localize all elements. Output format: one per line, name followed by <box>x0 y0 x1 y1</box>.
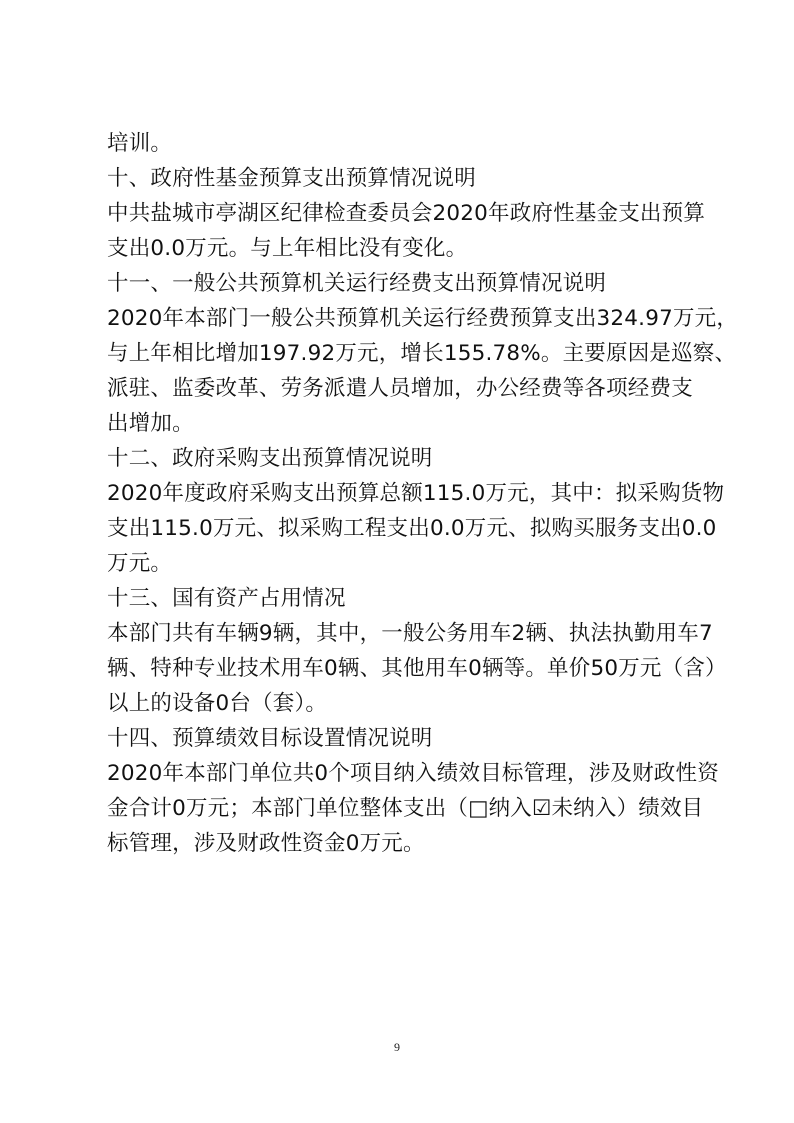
paragraph-line: 金合计0万元；本部门单位整体支出（□纳入☑未纳入）绩效目 <box>107 791 692 826</box>
paragraph-line: 派驻、监委改革、劳务派遣人员增加，办公经费等各项经费支 <box>107 371 692 406</box>
paragraph-line: 2020年本部门单位共0个项目纳入绩效目标管理，涉及财政性资 <box>107 756 692 791</box>
paragraph-line: 万元。 <box>107 546 692 581</box>
paragraph-line: 2020年本部门一般公共预算机关运行经费预算支出324.97万元， <box>107 301 692 336</box>
document-body: 培训。 十、政府性基金预算支出预算情况说明 中共盐城市亭湖区纪律检查委员会202… <box>107 126 692 861</box>
section-heading-11: 十一、一般公共预算机关运行经费支出预算情况说明 <box>107 266 692 301</box>
section-heading-13: 十三、国有资产占用情况 <box>107 581 692 616</box>
paragraph-line: 本部门共有车辆9辆，其中，一般公务用车2辆、执法执勤用车7 <box>107 616 692 651</box>
section-heading-12: 十二、政府采购支出预算情况说明 <box>107 441 692 476</box>
paragraph-line: 培训。 <box>107 126 692 161</box>
paragraph-line: 标管理，涉及财政性资金0万元。 <box>107 826 692 861</box>
section-heading-10: 十、政府性基金预算支出预算情况说明 <box>107 161 692 196</box>
paragraph-line: 支出0.0万元。与上年相比没有变化。 <box>107 231 692 266</box>
paragraph-line: 与上年相比增加197.92万元，增长155.78%。主要原因是巡察、 <box>107 336 692 371</box>
page-number: 9 <box>0 1040 794 1055</box>
section-heading-14: 十四、预算绩效目标设置情况说明 <box>107 721 692 756</box>
paragraph-line: 2020年度政府采购支出预算总额115.0万元，其中：拟采购货物 <box>107 476 692 511</box>
paragraph-line: 中共盐城市亭湖区纪律检查委员会2020年政府性基金支出预算 <box>107 196 692 231</box>
paragraph-line: 以上的设备0台（套）。 <box>107 686 692 721</box>
paragraph-line: 辆、特种专业技术用车0辆、其他用车0辆等。单价50万元（含） <box>107 651 692 686</box>
paragraph-line: 出增加。 <box>107 406 692 441</box>
paragraph-line: 支出115.0万元、拟采购工程支出0.0万元、拟购买服务支出0.0 <box>107 511 692 546</box>
